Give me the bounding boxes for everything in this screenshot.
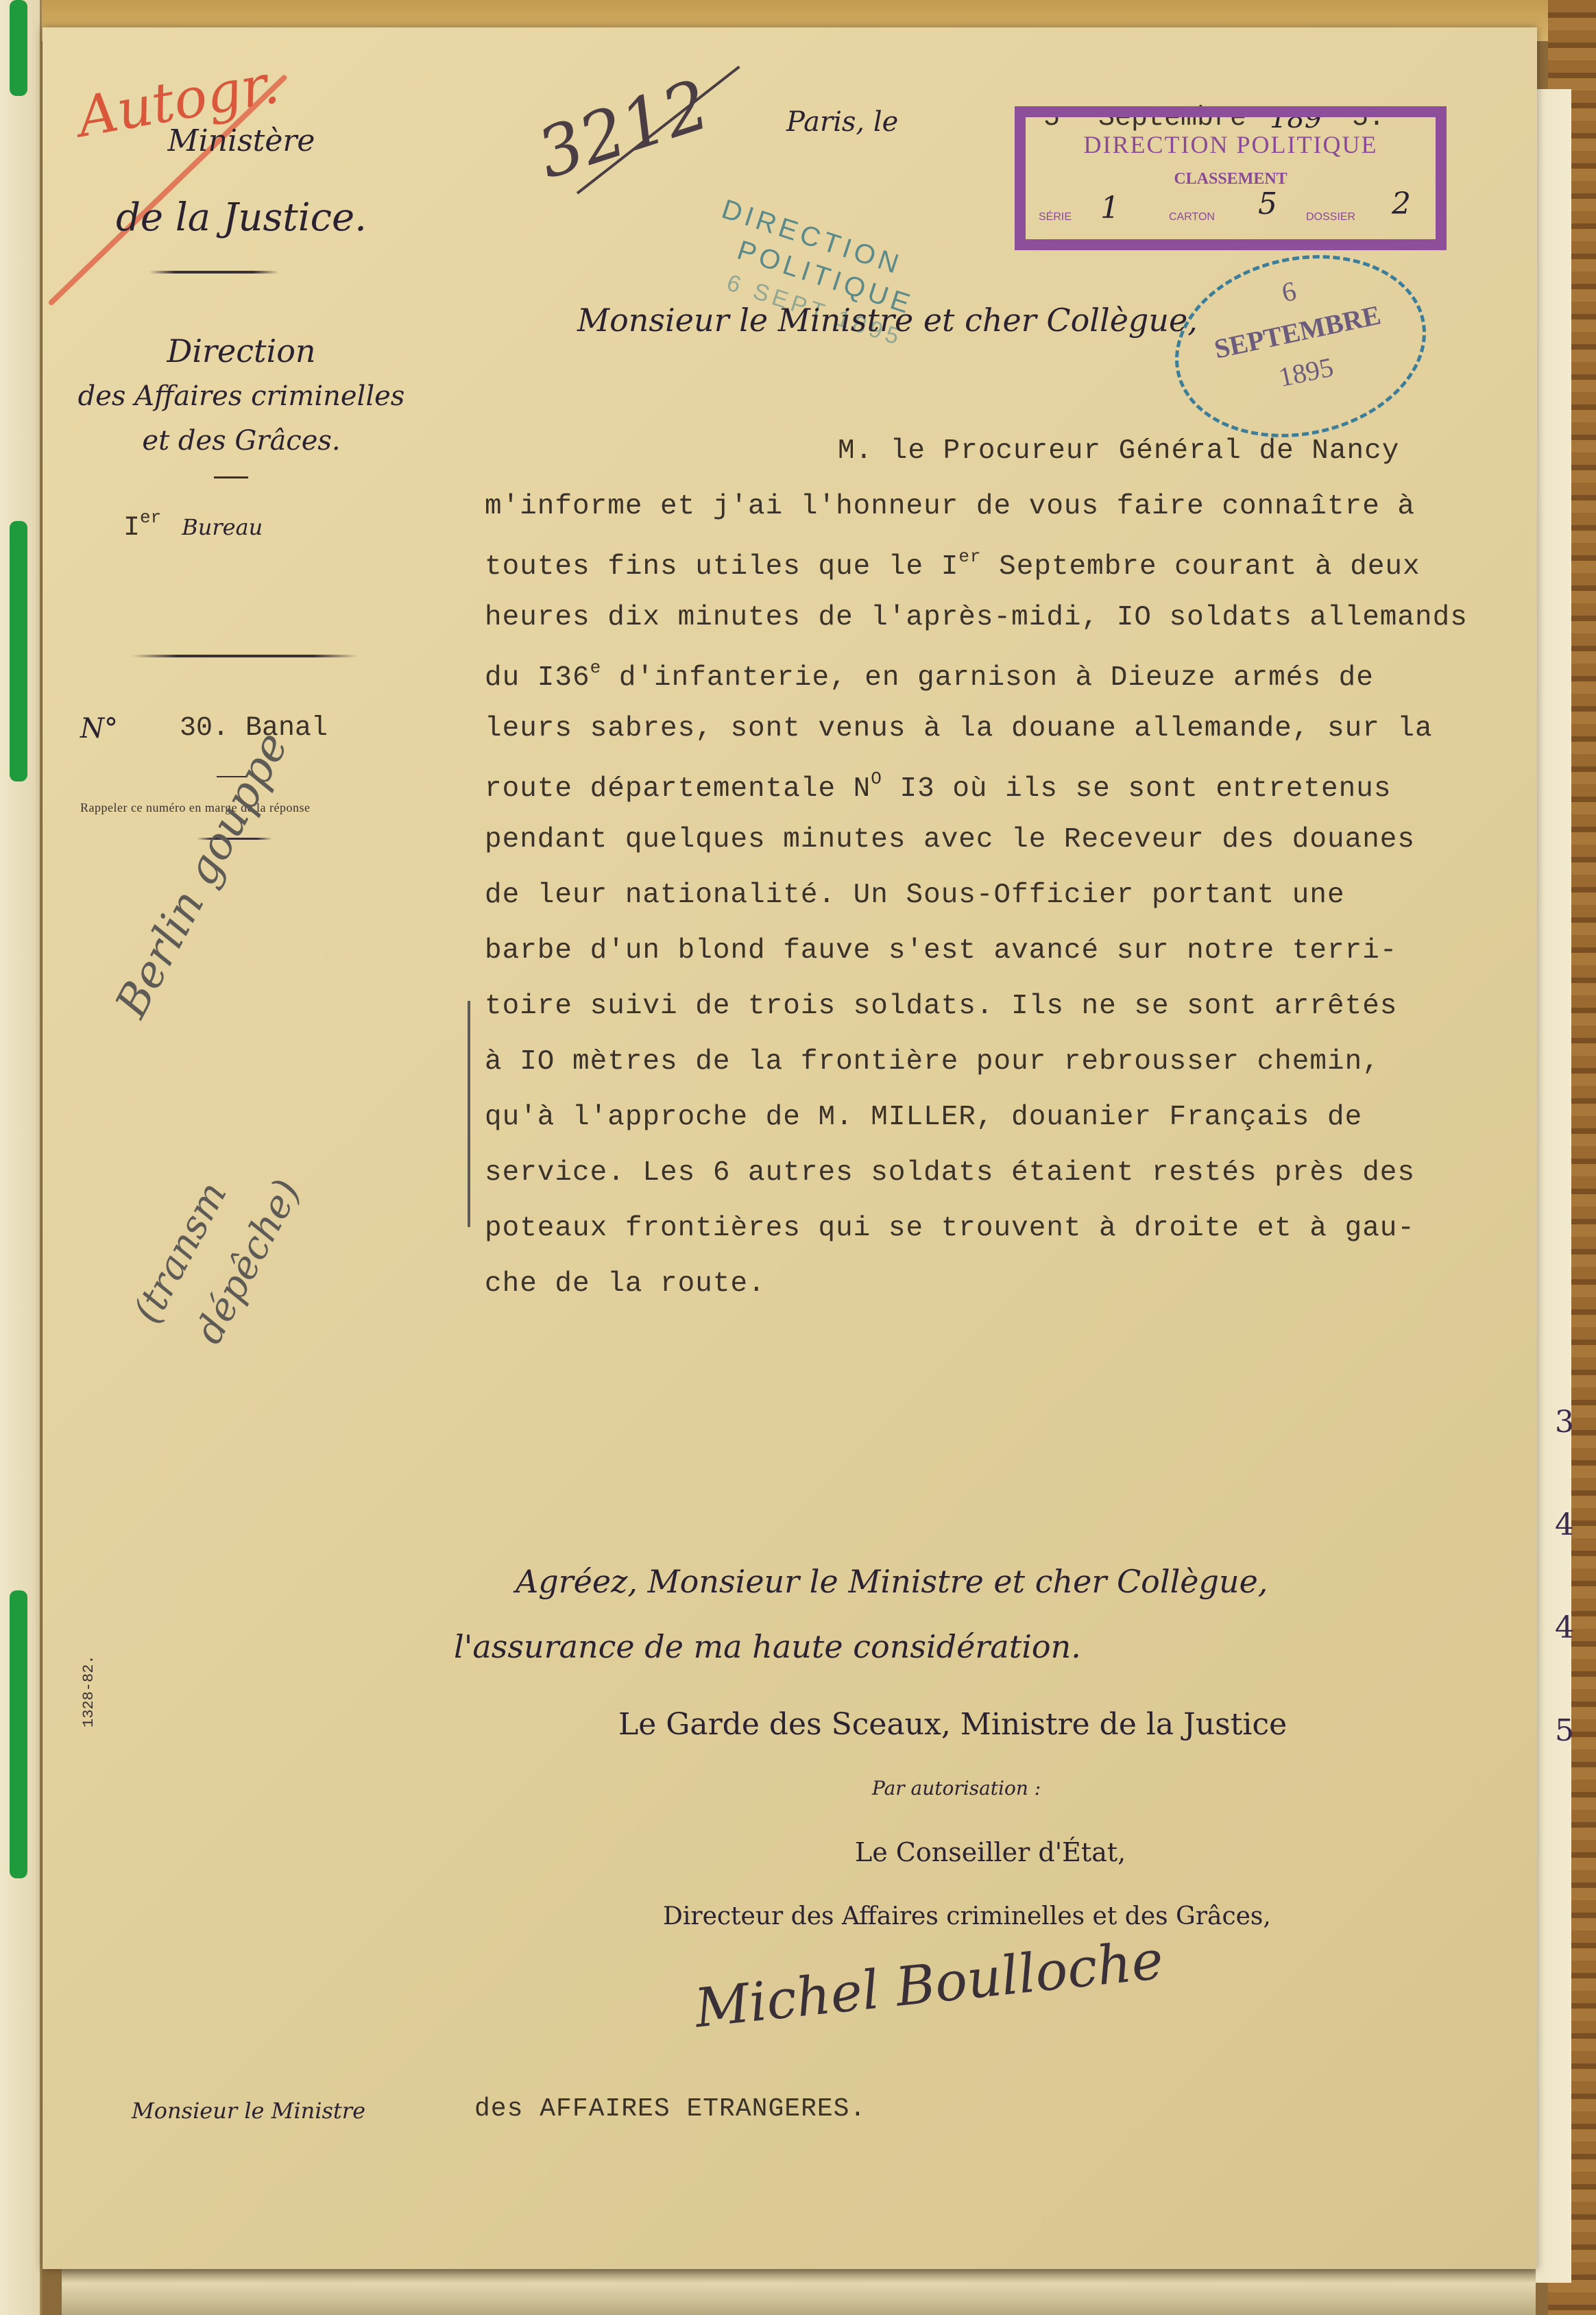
edge-number: 3 [1555,1371,1582,1474]
ministry-line1: Ministère [97,123,385,158]
direction-line1: Direction [97,332,385,369]
green-ribbon-bottom [10,1590,27,1878]
ministry-line2: de la Justice. [77,195,406,240]
signature-role1: Le Conseiller d'État, [855,1837,1126,1867]
body-line: m'informe et j'ai l'honneur de vous fair… [485,491,1415,522]
letter-page: Autogr. Ministère de la Justice. Directi… [43,27,1537,2269]
handwritten-signature: Michel Boulloche [692,1929,1166,2039]
edge-number: 4 [1555,1577,1582,1680]
body-line: toire suivi de trois soldats. Ils ne se … [485,991,1397,1022]
body-line: route départementale NO I3 où ils se son… [485,768,1391,805]
signature-role2: Directeur des Affaires criminelles et de… [663,1902,1271,1930]
printer-code: 1328-82. [80,1655,97,1728]
pencil-margin-bracket [468,1001,470,1227]
body-line: du I36e d'infanterie, en garnison à Dieu… [485,657,1374,694]
direction-line2: des Affaires criminelles [56,380,426,412]
body-line: service. Les 6 autres soldats étaient re… [485,1157,1415,1189]
body-line: heures dix minutes de l'après-midi, IO s… [485,602,1468,633]
body-line: leurs sabres, sont venus à la douane all… [485,713,1433,744]
green-ribbon-top [10,0,27,96]
body-line: poteaux frontières qui se trouvent à dro… [485,1213,1415,1244]
body-line: pendant quelques minutes avec le Receveu… [485,824,1415,856]
classification-stamp: DIRECTION POLITIQUE CLASSEMENT SÉRIE 1 C… [1015,106,1447,250]
signature-authorization: Par autorisation : [872,1777,1041,1799]
addressee-suffix: des AFFAIRES ETRANGERES. [474,2094,866,2124]
bureau-label: Ier Bureau [123,507,263,544]
edge-numbers: 3 4 4 5 [1555,1371,1582,1782]
body-line: che de la route. [485,1268,766,1300]
date-place: Paris, le [786,106,898,138]
underlying-sheets-bottom [62,2262,1536,2315]
body-line: qu'à l'approche de M. MILLER, douanier F… [485,1102,1362,1133]
received-date-stamp: 6 SEPTEMBRE 1895 [1158,232,1443,459]
body-line: à IO mètres de la frontière pour rebrous… [485,1046,1380,1078]
direction-line3: et des Grâces. [97,425,385,457]
closing-line2: l'assurance de ma haute considération. [454,1628,1081,1665]
body-line: de leur nationalité. Un Sous-Officier po… [485,880,1345,911]
ornament-divider [149,271,279,274]
green-ribbon-middle [10,521,27,781]
number-label: N° [80,713,118,744]
signature-title: Le Garde des Sceaux, Ministre de la Just… [618,1707,1287,1742]
reference-note: Rappeler ce numéro en marge de la répons… [80,801,311,815]
body-line: M. le Procureur Général de Nancy [838,435,1399,467]
addressee-prefix: Monsieur le Ministre [132,2098,365,2124]
folder-binding-strip [0,0,42,2315]
registry-number: 3212 [528,64,718,195]
edge-number: 4 [1555,1474,1582,1577]
salutation: Monsieur le Ministre et cher Collègue, [577,302,1198,339]
edge-number: 5 [1555,1680,1582,1782]
closing-line1: Agréez, Monsieur le Ministre et cher Col… [516,1563,1268,1600]
body-line: barbe d'un blond fauve s'est avancé sur … [485,935,1397,967]
body-line: toutes fins utiles que le Ier Septembre … [485,546,1420,583]
short-rule [214,476,248,478]
pencil-margin-note: Berlin gouppe [104,638,346,1026]
